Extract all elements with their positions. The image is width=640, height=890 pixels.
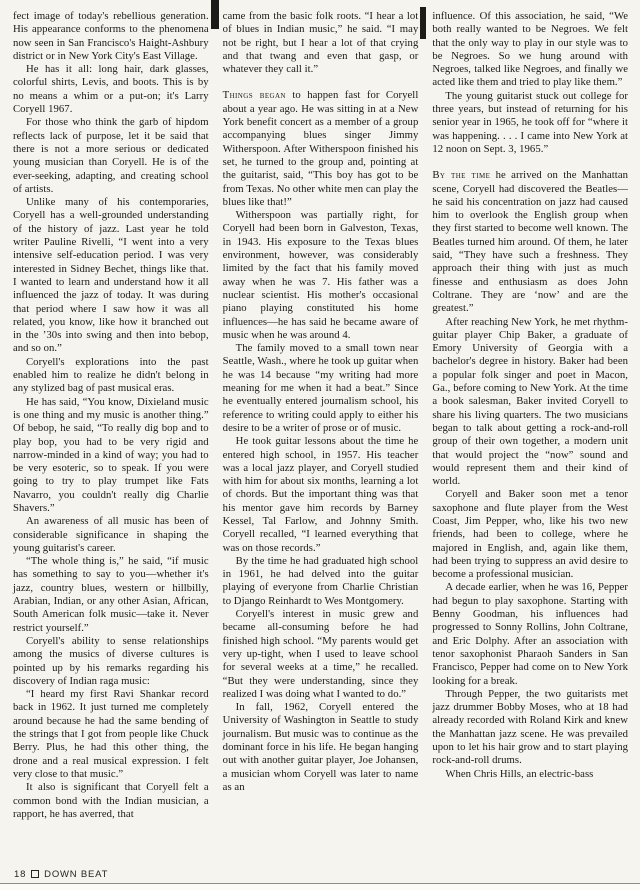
column-2: came from the basic folk roots. “I hear … [223, 10, 419, 821]
paragraph: After reaching New York, he met rhythm-g… [432, 316, 628, 489]
checkbox-square-icon [31, 870, 39, 878]
leadin-smallcaps: Things began [223, 89, 286, 101]
paragraph: Coryell's ability to sense relationships… [13, 635, 209, 688]
paragraph: came from the basic folk roots. “I hear … [223, 10, 419, 76]
paragraph-section-start: Things began to happen fast for Coryell … [223, 89, 419, 209]
paragraph: A decade earlier, when he was 16, Pepper… [432, 581, 628, 687]
paragraph-text: to happen fast for Coryell about a year … [223, 89, 419, 207]
paragraph: Coryell's interest in music grew and bec… [223, 608, 419, 701]
paragraph: In fall, 1962, Coryell entered the Unive… [223, 701, 419, 794]
paragraph: For those who think the garb of hipdom r… [13, 116, 209, 196]
paragraph: It also is significant that Coryell felt… [13, 781, 209, 821]
paragraph: When Chris Hills, an electric-bass [432, 768, 628, 781]
paragraph: Through Pepper, the two guitarists met j… [432, 688, 628, 768]
paragraph: influence. Of this association, he said,… [432, 10, 628, 90]
article-columns: fect image of today's rebellious generat… [0, 0, 640, 821]
paragraph: He has said, “You know, Dixieland music … [13, 396, 209, 516]
page-footer: 18 DOWN BEAT [14, 869, 108, 880]
paragraph: By the time he had graduated high school… [223, 555, 419, 608]
magazine-page: fect image of today's rebellious generat… [0, 0, 640, 890]
paragraph: Coryell and Baker soon met a tenor saxop… [432, 488, 628, 581]
paragraph: He took guitar lessons about the time he… [223, 435, 419, 555]
paragraph-section-start: By the time he arrived on the Manhattan … [432, 169, 628, 315]
paragraph: Witherspoon was partially right, for Cor… [223, 209, 419, 342]
paragraph: The young guitarist stuck out college fo… [432, 90, 628, 156]
magazine-name: DOWN BEAT [44, 869, 108, 880]
paragraph: Coryell's explorations into the past ena… [13, 356, 209, 396]
bottom-margin-strip [0, 884, 640, 890]
leadin-smallcaps: By the time [432, 169, 490, 181]
paragraph: “I heard my first Ravi Shankar record ba… [13, 688, 209, 781]
column-1: fect image of today's rebellious generat… [13, 10, 209, 821]
paragraph: The family moved to a small town near Se… [223, 342, 419, 435]
column-3: influence. Of this association, he said,… [432, 10, 628, 821]
paragraph-text: he arrived on the Manhattan scene, Corye… [432, 169, 628, 314]
paragraph: He has it all: long hair, dark glasses, … [13, 63, 209, 116]
paragraph: Unlike many of his contemporaries, Corye… [13, 196, 209, 356]
paragraph: fect image of today's rebellious generat… [13, 10, 209, 63]
scan-artifact-mark [211, 0, 219, 29]
page-number: 18 [14, 869, 26, 880]
paragraph: “The whole thing is,” he said, “if music… [13, 555, 209, 635]
scan-artifact-mark [420, 7, 426, 39]
paragraph: An awareness of all music has been of co… [13, 515, 209, 555]
